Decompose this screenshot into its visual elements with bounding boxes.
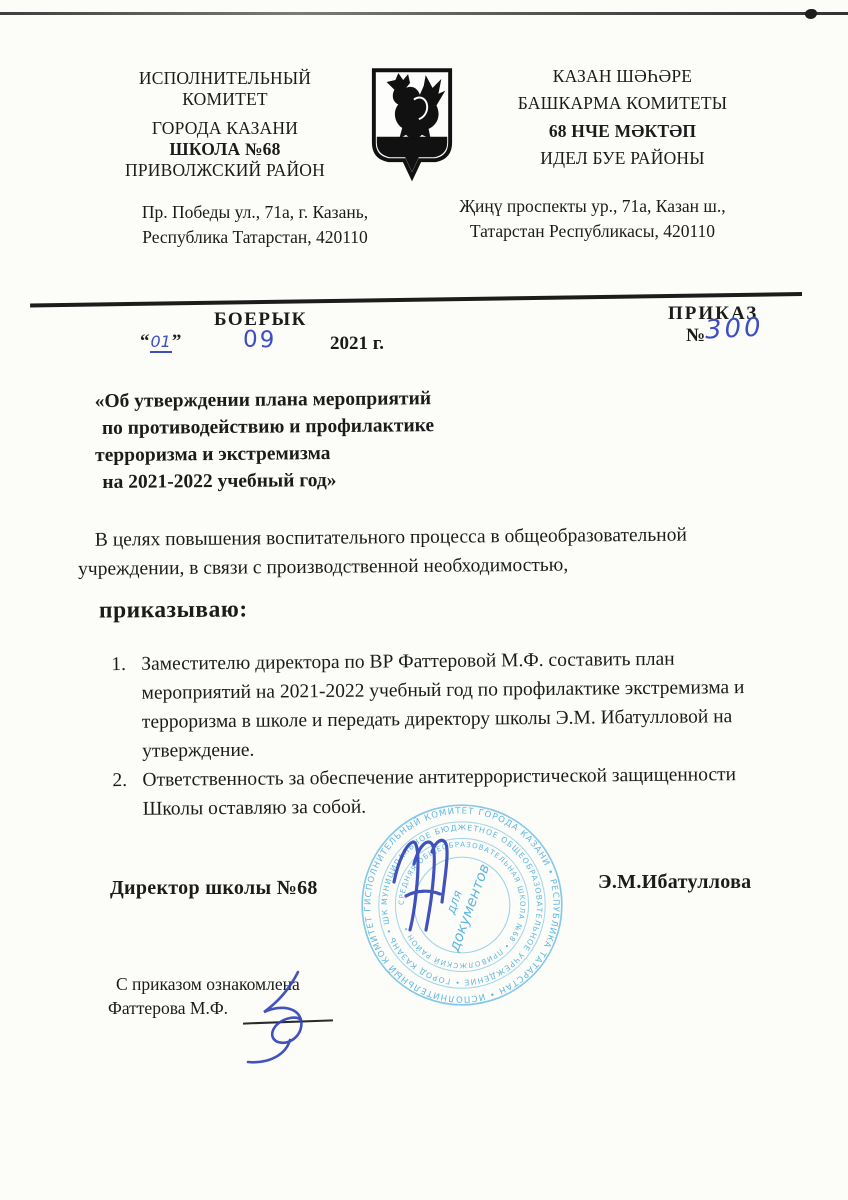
org-name-line: КОМИТЕТ bbox=[105, 89, 345, 110]
quote-open: “ bbox=[140, 331, 150, 352]
subject-line: «Об утверждении плана мероприятий bbox=[95, 384, 575, 415]
org-name-line: БАШКАРМА КОМИТЕТЫ bbox=[490, 93, 755, 114]
scan-edge-line bbox=[0, 12, 848, 15]
director-title: Директор школы №68 bbox=[110, 877, 318, 900]
acknowledgment-name: Фаттерова М.Ф. bbox=[108, 998, 228, 1019]
spacer bbox=[105, 111, 345, 118]
letterhead-tatar: КАЗАН ШӘҺӘРЕ БАШКАРМА КОМИТЕТЫ 68 НЧЕ МӘ… bbox=[490, 66, 755, 169]
subject-line: терроризма и экстремизма bbox=[95, 438, 575, 469]
order-subject: «Об утверждении плана мероприятий по про… bbox=[95, 384, 576, 496]
order-items-list: 1. Заместителю директора по ВР Фаттерово… bbox=[111, 644, 758, 824]
address-line: Республика Татарстан, 420110 bbox=[120, 225, 390, 250]
letterhead-russian: ИСПОЛНИТЕЛЬНЫЙ КОМИТЕТ ГОРОДА КАЗАНИ ШКО… bbox=[105, 68, 345, 182]
director-name: Э.М.Ибатуллова bbox=[598, 871, 752, 894]
handwritten-month: 09 bbox=[243, 326, 277, 353]
school-number-line: 68 НЧЕ МӘКТӘП bbox=[490, 121, 755, 142]
address-line: Җиңү проспекты ур., 71а, Казан ш., bbox=[450, 194, 735, 219]
acknowledgment-signature bbox=[232, 966, 347, 1076]
subject-line: по противодействию и профилактике bbox=[95, 411, 575, 442]
address-tatar: Җиңү проспекты ур., 71а, Казан ш., Татар… bbox=[450, 194, 735, 245]
order-date: “01” bbox=[140, 331, 181, 353]
order-verb: приказываю: bbox=[99, 596, 248, 624]
director-signature bbox=[376, 818, 496, 948]
address-russian: Пр. Победы ул., 71а, г. Казань, Республи… bbox=[120, 200, 390, 251]
list-item: 1. Заместителю директора по ВР Фаттерово… bbox=[111, 644, 757, 766]
item-text: Заместителю директора по ВР Фаттеровой М… bbox=[141, 644, 757, 766]
coat-of-arms-kazan-icon bbox=[368, 66, 456, 184]
scan-ink-dot bbox=[805, 9, 817, 19]
order-number-sign: № bbox=[686, 325, 705, 347]
printed-year: 2021 г. bbox=[330, 333, 384, 355]
handwritten-order-number: 300 bbox=[704, 312, 764, 345]
quote-close: ” bbox=[172, 331, 182, 352]
handwritten-day: 01 bbox=[150, 332, 172, 353]
scanned-order-document: ИСПОЛНИТЕЛЬНЫЙ КОМИТЕТ ГОРОДА КАЗАНИ ШКО… bbox=[0, 0, 848, 1200]
school-number-line: ШКОЛА №68 bbox=[105, 139, 345, 160]
org-name-line: КАЗАН ШӘҺӘРЕ bbox=[490, 66, 755, 87]
preamble-paragraph: В целях повышения воспитательного процес… bbox=[78, 520, 743, 584]
org-name-line: ИСПОЛНИТЕЛЬНЫЙ bbox=[105, 68, 345, 89]
org-name-line: ГОРОДА КАЗАНИ bbox=[105, 118, 345, 139]
district-line: ПРИВОЛЖСКИЙ РАЙОН bbox=[105, 160, 345, 181]
address-line: Пр. Победы ул., 71а, г. Казань, bbox=[120, 200, 390, 225]
item-number: 2. bbox=[112, 766, 143, 824]
item-number: 1. bbox=[111, 650, 142, 766]
district-line: ИДЕЛ БУЕ РАЙОНЫ bbox=[490, 148, 755, 169]
subject-line: на 2021-2022 учебный год» bbox=[95, 465, 575, 496]
address-line: Татарстан Республикасы, 420110 bbox=[450, 219, 735, 244]
